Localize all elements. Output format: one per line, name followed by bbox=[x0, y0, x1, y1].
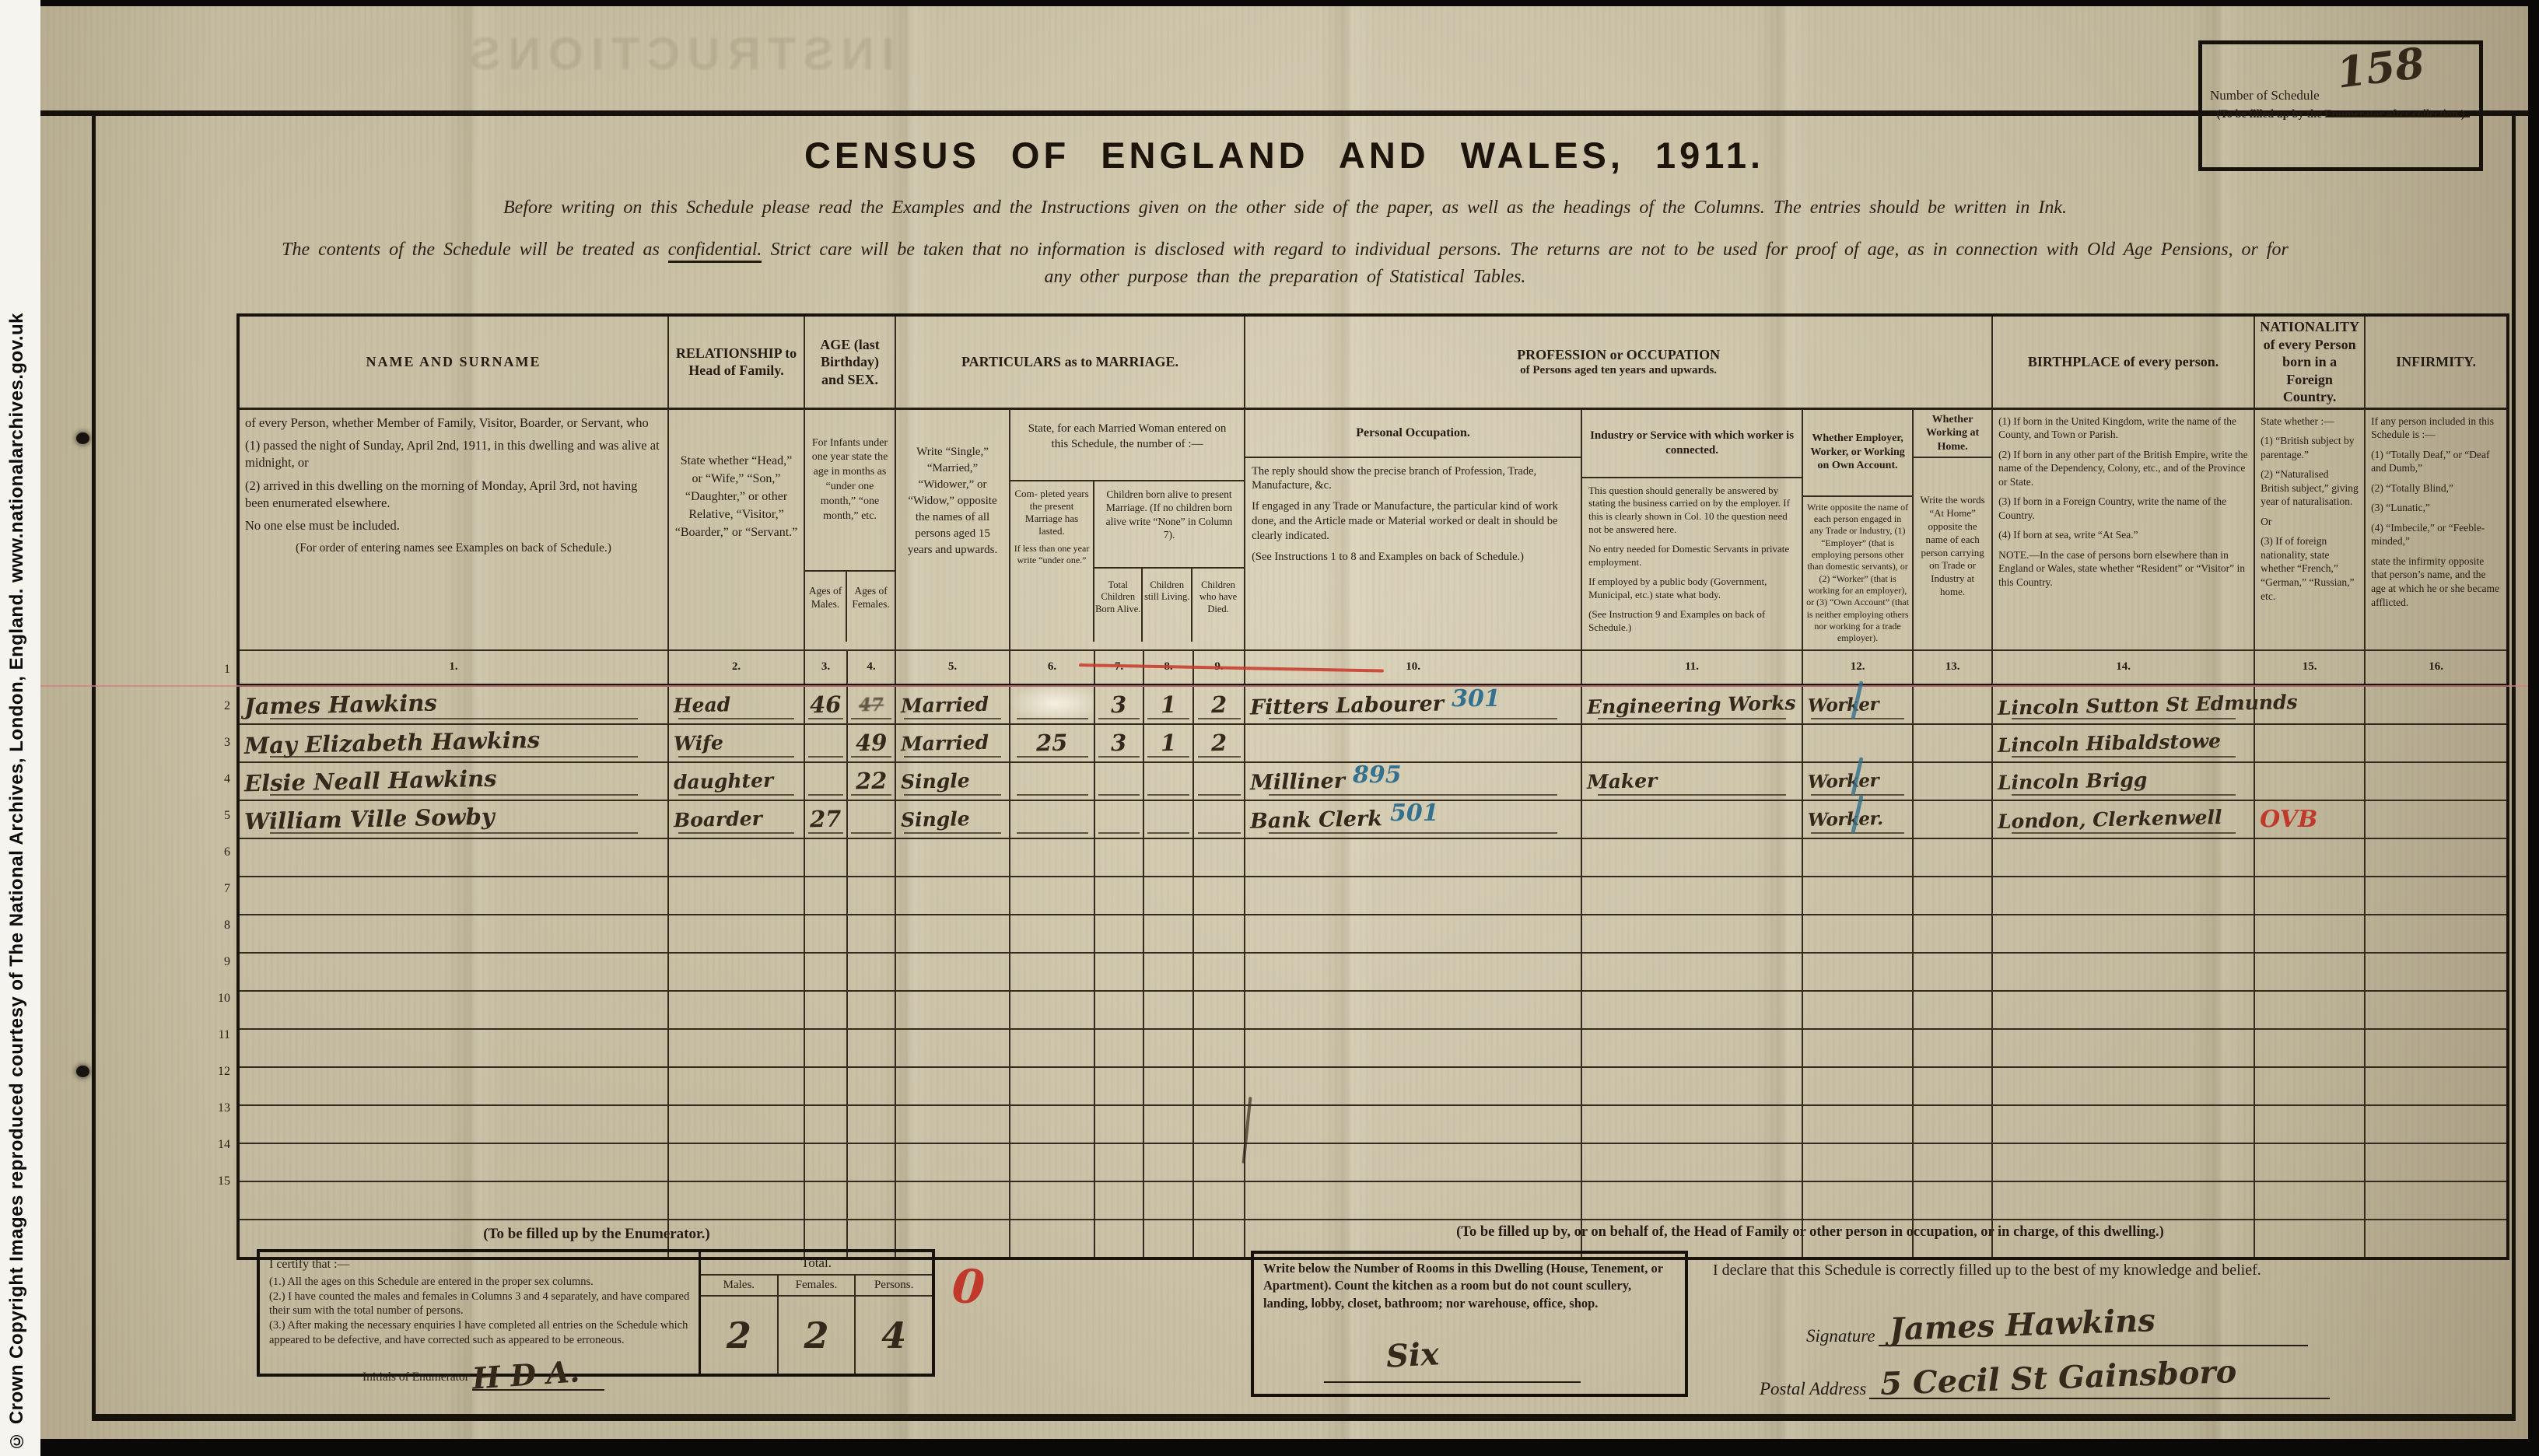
cell-rel bbox=[668, 1181, 804, 1220]
cell-home bbox=[1913, 1143, 1992, 1181]
declaration-text: I declare that this Schedule is correctl… bbox=[1713, 1260, 2379, 1280]
table-row bbox=[238, 1029, 2508, 1067]
cell-died: 2 bbox=[1193, 724, 1245, 762]
cell-age_f bbox=[847, 1067, 895, 1105]
cell-birth bbox=[1992, 877, 2254, 915]
cell-occ bbox=[1245, 724, 1581, 762]
cell-name bbox=[238, 991, 668, 1029]
persons-label: Persons. bbox=[856, 1276, 932, 1295]
cell-birth bbox=[1992, 838, 2254, 877]
cell-inf bbox=[2365, 1220, 2508, 1258]
table-row bbox=[238, 1143, 2508, 1181]
cell-age_m bbox=[804, 991, 847, 1029]
cell-age_f bbox=[847, 1181, 895, 1220]
desc-name-p2: (1) passed the night of Sunday, April 2n… bbox=[245, 437, 662, 471]
cell-years bbox=[1010, 1105, 1094, 1143]
cell-born bbox=[1094, 991, 1143, 1029]
cell-inf bbox=[2365, 991, 2508, 1029]
cell-cond: Single bbox=[895, 762, 1010, 800]
cell-nat bbox=[2254, 915, 2365, 953]
cell-occ bbox=[1245, 953, 1581, 991]
infirmity-desc-p3: (2) “Totally Blind,” bbox=[2371, 481, 2501, 495]
cell-nat bbox=[2254, 1143, 2365, 1181]
header-age: AGE (last Birthday) and SEX. bbox=[804, 315, 895, 408]
cell-home bbox=[1913, 915, 1992, 953]
cell-emp bbox=[1802, 915, 1913, 953]
cell-rel bbox=[668, 838, 804, 877]
column-number-3: 3. bbox=[804, 650, 847, 685]
cell-emp bbox=[1802, 991, 1913, 1029]
cell-birth bbox=[1992, 915, 2254, 953]
employer-worker-label: Whether Employer, Worker, or Working on … bbox=[1803, 410, 1912, 497]
cell-living: 1 bbox=[1143, 724, 1193, 762]
cell-ind: Maker bbox=[1581, 762, 1802, 800]
cell-age_f bbox=[847, 953, 895, 991]
desc-employment-status: Whether Employer, Worker, or Working on … bbox=[1802, 408, 1913, 650]
column-number-16: 16. bbox=[2365, 650, 2508, 685]
cell-occ: Milliner895 bbox=[1245, 762, 1581, 800]
cell-ind: Engineering Works bbox=[1581, 685, 1802, 724]
cell-rel: Wife bbox=[668, 724, 804, 762]
industry-label: Industry or Service with which worker is… bbox=[1582, 410, 1802, 478]
table-row bbox=[238, 1181, 2508, 1220]
column-number-2: 2. bbox=[668, 650, 804, 685]
enumerator-initials: H D A. bbox=[471, 1352, 580, 1398]
punch-hole bbox=[76, 1066, 89, 1077]
cell-age_f bbox=[847, 991, 895, 1029]
nationality-desc-p4: Or bbox=[2261, 515, 2359, 529]
column-number-15: 15. bbox=[2254, 650, 2365, 685]
header-nationality: NATIONALITY of every Person born in a Fo… bbox=[2254, 315, 2365, 408]
signature-label: Signature bbox=[1806, 1326, 1875, 1346]
rooms-line bbox=[1324, 1381, 1581, 1383]
cell-age_m: 46 bbox=[804, 685, 847, 724]
cell-name bbox=[238, 1181, 668, 1220]
table-row bbox=[238, 915, 2508, 953]
header-relationship: RELATIONSHIP to Head of Family. bbox=[668, 315, 804, 408]
cell-home bbox=[1913, 1105, 1992, 1143]
desc-industry: Industry or Service with which worker is… bbox=[1581, 408, 1802, 650]
cell-died bbox=[1193, 1067, 1245, 1105]
cell-cond bbox=[895, 1143, 1010, 1181]
infirmity-desc-p4: (3) “Lunatic,” bbox=[2371, 501, 2501, 515]
cell-born bbox=[1094, 762, 1143, 800]
cell-age_m bbox=[804, 1029, 847, 1067]
cell-died bbox=[1193, 1029, 1245, 1067]
occupation-code: 501 bbox=[1390, 800, 1439, 827]
cell-birth: London, Clerkenwell bbox=[1992, 800, 2254, 838]
cell-emp: Worker bbox=[1802, 685, 1913, 724]
cell-living bbox=[1143, 762, 1193, 800]
desc-marital-condition: Write “Single,” “Married,” “Widower,” or… bbox=[895, 408, 1010, 650]
cell-living bbox=[1143, 800, 1193, 838]
cell-died bbox=[1193, 877, 1245, 915]
cell-home bbox=[1913, 877, 1992, 915]
header-birthplace: BIRTHPLACE of every person. bbox=[1992, 315, 2254, 408]
postal-address-label: Postal Address bbox=[1760, 1379, 1866, 1398]
cell-died bbox=[1193, 991, 1245, 1029]
cell-born bbox=[1094, 1220, 1143, 1258]
desc-name-p1: of every Person, whether Member of Famil… bbox=[245, 415, 662, 432]
completed-years-label: Com- pleted years the present Marriage h… bbox=[1010, 481, 1094, 642]
birthplace-desc-p1: (1) If born in the United Kingdom, write… bbox=[1998, 415, 2248, 442]
desc-relationship: State whether “Head,” or “Wife,” “Son,” … bbox=[668, 408, 804, 650]
industry-desc-p1: This question should generally be answer… bbox=[1588, 485, 1795, 537]
occupation-desc-p3: (See Instructions 1 to 8 and Examples on… bbox=[1252, 550, 1574, 565]
certify-lead: I certify that :— bbox=[269, 1257, 692, 1273]
postal-address-value: 5 Cecil St Gainsboro bbox=[1880, 1353, 2238, 1402]
cell-name: James Hawkins bbox=[238, 685, 668, 724]
total-label: Total. bbox=[701, 1252, 932, 1276]
punch-hole bbox=[76, 432, 89, 444]
confidential-post: Strict care will be taken that no inform… bbox=[762, 240, 2288, 287]
birthplace-desc-p4: (4) If born at sea, write “At Sea.” bbox=[1998, 528, 2248, 542]
initials-label: Initials of Enumerator bbox=[362, 1370, 469, 1384]
cell-age_m bbox=[804, 1181, 847, 1220]
cell-born bbox=[1094, 800, 1143, 838]
cell-rel bbox=[668, 1105, 804, 1143]
desc-name-p5: (For order of entering names see Example… bbox=[245, 541, 662, 556]
cell-home bbox=[1913, 1029, 1992, 1067]
census-schedule-page: INSTRUCTIONS CENSUS OF ENGLAND AND WALES… bbox=[40, 6, 2528, 1439]
cell-rel: Head bbox=[668, 685, 804, 724]
schedule-number-line bbox=[2327, 116, 2470, 117]
children-born-label: Total Children Born Alive. bbox=[1094, 569, 1143, 642]
cell-cond: Single bbox=[895, 800, 1010, 838]
rooms-value: Six bbox=[1385, 1333, 1441, 1377]
industry-desc-p4: (See Instruction 9 and Examples on back … bbox=[1588, 608, 1795, 635]
cell-age_f bbox=[847, 1105, 895, 1143]
cell-years: 25 bbox=[1010, 724, 1094, 762]
cell-living bbox=[1143, 1029, 1193, 1067]
row-number: 15 bbox=[204, 1163, 230, 1199]
table-row: William Ville SowbyBoarder27SingleBank C… bbox=[238, 800, 2508, 838]
cell-home bbox=[1913, 838, 1992, 877]
cell-years bbox=[1010, 1220, 1094, 1258]
cell-inf bbox=[2365, 685, 2508, 724]
desc-working-at-home: Whether Working at Home. Write the words… bbox=[1913, 408, 1992, 650]
cell-occ bbox=[1245, 1181, 1581, 1220]
ages-of-males-label: Ages of Males. bbox=[805, 570, 847, 642]
table-row: James HawkinsHead4647Married312Fitters L… bbox=[238, 685, 2508, 724]
cell-occ: Fitters Labourer301 bbox=[1245, 685, 1581, 724]
cell-age_m bbox=[804, 1143, 847, 1181]
rooms-box: Write below the Number of Rooms in this … bbox=[1251, 1251, 1688, 1397]
cell-birth: Lincoln Sutton St Edmunds bbox=[1992, 685, 2254, 724]
schedule-number-note: (To be filled up by the Enumerator after… bbox=[2210, 108, 2471, 121]
cell-emp bbox=[1802, 1105, 1913, 1143]
cell-living bbox=[1143, 991, 1193, 1029]
cell-ind bbox=[1581, 1067, 1802, 1105]
cell-name bbox=[238, 1105, 668, 1143]
cell-birth bbox=[1992, 1067, 2254, 1105]
cell-rel bbox=[668, 953, 804, 991]
confidential-pre: The contents of the Schedule will be tre… bbox=[282, 240, 668, 260]
cell-ind bbox=[1581, 838, 1802, 877]
cell-rel: Boarder bbox=[668, 800, 804, 838]
cell-born bbox=[1094, 1105, 1143, 1143]
cell-died bbox=[1193, 800, 1245, 838]
cell-occ bbox=[1245, 877, 1581, 915]
row-number: 2 bbox=[204, 688, 230, 724]
cell-birth bbox=[1992, 1143, 2254, 1181]
cell-nat bbox=[2254, 724, 2365, 762]
nationality-desc-p1: State whether :— bbox=[2261, 415, 2359, 429]
birthplace-desc-p2: (2) If born in any other part of the Bri… bbox=[1998, 448, 2248, 489]
cell-nat bbox=[2254, 953, 2365, 991]
confidential-word: confidential. bbox=[668, 240, 762, 263]
cell-age_f: 49 bbox=[847, 724, 895, 762]
enumerator-box: I certify that :— (1.) All the ages on t… bbox=[257, 1249, 935, 1377]
cell-ind bbox=[1581, 991, 1802, 1029]
cell-occ bbox=[1245, 915, 1581, 953]
cell-age_f: 22 bbox=[847, 762, 895, 800]
cell-died bbox=[1193, 1105, 1245, 1143]
cell-born bbox=[1094, 1181, 1143, 1220]
industry-desc-p3: If employed by a public body (Government… bbox=[1588, 576, 1795, 602]
cell-died bbox=[1193, 762, 1245, 800]
cell-emp: Worker. bbox=[1802, 800, 1913, 838]
row-number: 3 bbox=[204, 724, 230, 761]
cell-cond bbox=[895, 1029, 1010, 1067]
cell-home bbox=[1913, 685, 1992, 724]
description-header-row: of every Person, whether Member of Famil… bbox=[238, 408, 2508, 650]
cell-nat bbox=[2254, 762, 2365, 800]
group-header-row: NAME AND SURNAME RELATIONSHIP to Head of… bbox=[238, 315, 2508, 408]
cell-age_m bbox=[804, 877, 847, 915]
females-label: Females. bbox=[779, 1276, 856, 1295]
schedule-number-value: 158 bbox=[2334, 37, 2428, 97]
cell-age_f bbox=[847, 838, 895, 877]
cell-birth bbox=[1992, 953, 2254, 991]
cell-born bbox=[1094, 915, 1143, 953]
cell-years bbox=[1010, 953, 1094, 991]
cell-age_m bbox=[804, 1067, 847, 1105]
cell-inf bbox=[2365, 877, 2508, 915]
cell-name bbox=[238, 838, 668, 877]
certify-item-2: (2.) I have counted the males and female… bbox=[269, 1290, 692, 1319]
cell-cond bbox=[895, 838, 1010, 877]
row-number: 9 bbox=[204, 943, 230, 980]
cell-name bbox=[238, 877, 668, 915]
cell-years bbox=[1010, 685, 1094, 724]
desc-name: of every Person, whether Member of Famil… bbox=[238, 408, 668, 650]
schedule-number-box: 158 Number of Schedule (To be filled up … bbox=[2198, 40, 2483, 171]
pink-rule bbox=[40, 685, 2528, 687]
cell-living bbox=[1143, 1105, 1193, 1143]
children-living-label: Children still Living. bbox=[1143, 569, 1192, 642]
cell-years bbox=[1010, 877, 1094, 915]
age-infants-note: For Infants under one year state the age… bbox=[805, 410, 895, 570]
row-number: 14 bbox=[204, 1126, 230, 1163]
cell-living bbox=[1143, 838, 1193, 877]
cell-inf bbox=[2365, 953, 2508, 991]
cell-years bbox=[1010, 1067, 1094, 1105]
under-one-note: If less than one year write “under one.” bbox=[1013, 543, 1091, 566]
cell-living bbox=[1143, 953, 1193, 991]
cell-age_f bbox=[847, 877, 895, 915]
cell-living: 1 bbox=[1143, 685, 1193, 724]
cell-name bbox=[238, 1029, 668, 1067]
row-number: 10 bbox=[204, 980, 230, 1017]
cell-years bbox=[1010, 915, 1094, 953]
cell-cond bbox=[895, 915, 1010, 953]
cell-ind bbox=[1581, 1181, 1802, 1220]
cell-emp bbox=[1802, 1067, 1913, 1105]
cell-inf bbox=[2365, 1181, 2508, 1220]
cell-ind bbox=[1581, 1029, 1802, 1067]
desc-occupation: Personal Occupation. The reply should sh… bbox=[1245, 408, 1581, 650]
cell-ind bbox=[1581, 1105, 1802, 1143]
cell-cond: Married bbox=[895, 724, 1010, 762]
table-row: Elsie Neall Hawkinsdaughter22SingleMilli… bbox=[238, 762, 2508, 800]
personal-occupation-label: Personal Occupation. bbox=[1245, 410, 1581, 458]
table-row bbox=[238, 953, 2508, 991]
cell-living bbox=[1143, 1220, 1193, 1258]
cell-nat bbox=[2254, 1029, 2365, 1067]
cell-ind bbox=[1581, 953, 1802, 991]
archive-margin: © Crown Copyright Images reproduced cour… bbox=[0, 0, 40, 1456]
cell-ind bbox=[1581, 724, 1802, 762]
declaration-block: I declare that this Schedule is correctl… bbox=[1713, 1260, 2379, 1280]
row-number: 5 bbox=[204, 797, 230, 834]
cell-cond bbox=[895, 1105, 1010, 1143]
cell-emp bbox=[1802, 1143, 1913, 1181]
cell-birth: Lincoln Brigg bbox=[1992, 762, 2254, 800]
cell-inf bbox=[2365, 1029, 2508, 1067]
table-row bbox=[238, 838, 2508, 877]
cell-occ bbox=[1245, 838, 1581, 877]
desc-age: For Infants under one year state the age… bbox=[804, 408, 895, 650]
cell-home bbox=[1913, 991, 1992, 1029]
row-number: 12 bbox=[204, 1053, 230, 1090]
cell-nat bbox=[2254, 1181, 2365, 1220]
cell-inf bbox=[2365, 1143, 2508, 1181]
children-born-note: Children born alive to present Marriage.… bbox=[1094, 481, 1244, 569]
cell-birth bbox=[1992, 1105, 2254, 1143]
cell-emp bbox=[1802, 838, 1913, 877]
column-number-11: 11. bbox=[1581, 650, 1802, 685]
header-profession: PROFESSION or OCCUPATION of Persons aged… bbox=[1245, 315, 1992, 408]
cell-age_f bbox=[847, 1029, 895, 1067]
cell-nat bbox=[2254, 685, 2365, 724]
cell-occ bbox=[1245, 1067, 1581, 1105]
cell-name bbox=[238, 1067, 668, 1105]
cell-home bbox=[1913, 800, 1992, 838]
instruction-line: Before writing on this Schedule please r… bbox=[212, 198, 2359, 219]
cell-home bbox=[1913, 724, 1992, 762]
cell-ind bbox=[1581, 800, 1802, 838]
cell-born: 3 bbox=[1094, 685, 1143, 724]
table-row: May Elizabeth HawkinsWife49Married25312L… bbox=[238, 724, 2508, 762]
desc-nationality: State whether :— (1) “British subject by… bbox=[2254, 408, 2365, 650]
children-died-label: Children who have Died. bbox=[1192, 569, 1244, 642]
desc-birthplace: (1) If born in the United Kingdom, write… bbox=[1992, 408, 2254, 650]
profession-title: PROFESSION or OCCUPATION bbox=[1248, 346, 1988, 364]
cell-age_m bbox=[804, 1105, 847, 1143]
cell-nat bbox=[2254, 991, 2365, 1029]
cell-birth: Lincoln Hibaldstowe bbox=[1992, 724, 2254, 762]
cell-died bbox=[1193, 1143, 1245, 1181]
row-number: 4 bbox=[204, 761, 230, 797]
cell-inf bbox=[2365, 800, 2508, 838]
birthplace-desc-p5: NOTE.—In the case of persons born elsewh… bbox=[1998, 548, 2248, 590]
males-label: Males. bbox=[701, 1276, 779, 1295]
cell-birth bbox=[1992, 1029, 2254, 1067]
cell-born: 3 bbox=[1094, 724, 1143, 762]
at-home-label: Whether Working at Home. bbox=[1914, 410, 1991, 459]
column-number-row: 1.2.3.4.5.6.7.8.9.10.11.12.13.14.15.16. bbox=[238, 650, 2508, 685]
row-number: 1 bbox=[204, 651, 230, 688]
row-number: 7 bbox=[204, 870, 230, 907]
cell-birth bbox=[1992, 991, 2254, 1029]
cell-born bbox=[1094, 953, 1143, 991]
cell-occ bbox=[1245, 1105, 1581, 1143]
cell-cond: Married bbox=[895, 685, 1010, 724]
cell-name bbox=[238, 953, 668, 991]
cell-died bbox=[1193, 1181, 1245, 1220]
cell-nat bbox=[2254, 877, 2365, 915]
row-number-gutter: 123456789101112131415 bbox=[204, 651, 230, 1199]
cell-cond bbox=[895, 991, 1010, 1029]
row-number: 11 bbox=[204, 1017, 230, 1053]
column-number-4: 4. bbox=[847, 650, 895, 685]
cell-died bbox=[1193, 1220, 1245, 1258]
cell-years bbox=[1010, 838, 1094, 877]
totals-table: Total. Males. Females. Persons. 2 2 4 bbox=[699, 1252, 932, 1374]
infirmity-desc-p6: state the infirmity opposite that person… bbox=[2371, 555, 2501, 609]
profession-subtitle: of Persons aged ten years and upwards. bbox=[1248, 363, 1988, 378]
enumerator-section-title: (To be filled up by the Enumerator.) bbox=[257, 1226, 937, 1243]
cell-emp bbox=[1802, 877, 1913, 915]
cell-living bbox=[1143, 915, 1193, 953]
cell-age_f bbox=[847, 915, 895, 953]
cell-living bbox=[1143, 1181, 1193, 1220]
cell-emp: Worker bbox=[1802, 762, 1913, 800]
cell-ind bbox=[1581, 1143, 1802, 1181]
cell-cond bbox=[895, 1067, 1010, 1105]
married-woman-note: State, for each Married Woman entered on… bbox=[1010, 410, 1244, 481]
row-number: 8 bbox=[204, 907, 230, 943]
cell-emp bbox=[1802, 953, 1913, 991]
cell-years bbox=[1010, 1029, 1094, 1067]
cell-born bbox=[1094, 1029, 1143, 1067]
certify-item-1: (1.) All the ages on this Schedule are e… bbox=[269, 1275, 692, 1290]
cell-rel bbox=[668, 1143, 804, 1181]
header-name: NAME AND SURNAME bbox=[238, 315, 668, 408]
cell-home bbox=[1913, 1181, 1992, 1220]
cell-died: 2 bbox=[1193, 685, 1245, 724]
cell-age_f: 47 bbox=[847, 685, 895, 724]
ages-of-females-label: Ages of Females. bbox=[847, 570, 895, 642]
cell-died bbox=[1193, 915, 1245, 953]
occupation-code: 301 bbox=[1452, 685, 1501, 712]
cell-name: May Elizabeth Hawkins bbox=[238, 724, 668, 762]
cell-emp bbox=[1802, 724, 1913, 762]
persons-total: 4 bbox=[881, 1314, 906, 1356]
desc-name-p3: (2) arrived in this dwelling on the morn… bbox=[245, 478, 662, 512]
census-table: NAME AND SURNAME RELATIONSHIP to Head of… bbox=[236, 313, 2509, 1260]
birthplace-desc-p3: (3) If born in a Foreign Country, write … bbox=[1998, 495, 2248, 522]
cell-years bbox=[1010, 762, 1094, 800]
cell-home bbox=[1913, 762, 1992, 800]
cell-nat bbox=[2254, 1067, 2365, 1105]
red-annotation: OVB bbox=[2260, 806, 2317, 833]
cell-years bbox=[1010, 1181, 1094, 1220]
cell-years bbox=[1010, 991, 1094, 1029]
cell-inf bbox=[2365, 915, 2508, 953]
cell-name: William Ville Sowby bbox=[238, 800, 668, 838]
